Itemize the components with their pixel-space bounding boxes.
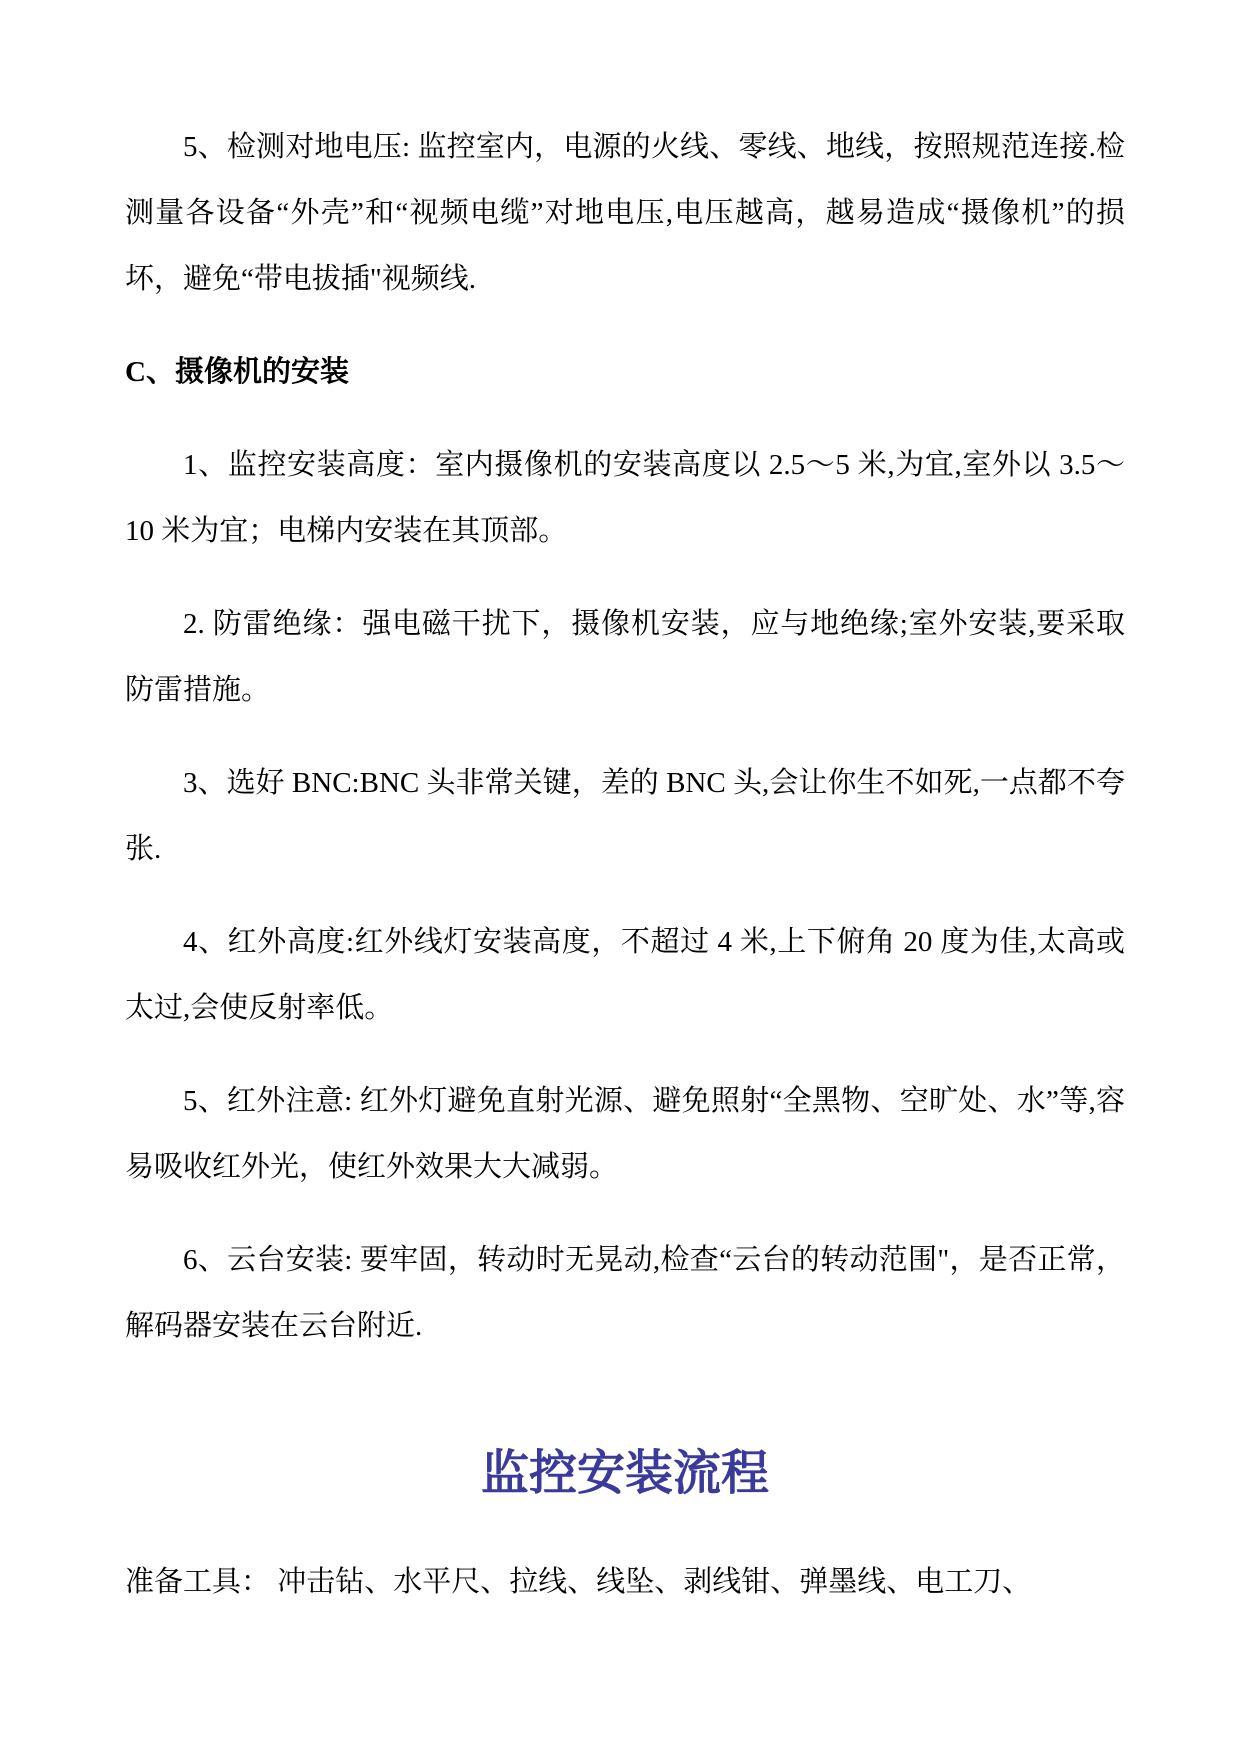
paragraph-infrared-notice: 5、红外注意: 红外灯避免直射光源、避免照射“全黑物、空旷处、水”等,容易吸收红…	[125, 1068, 1125, 1200]
paragraph-ground-voltage: 5、检测对地电压: 监控室内，电源的火线、零线、地线，按照规范连接.检测量各设备…	[125, 114, 1125, 312]
document-page: 5、检测对地电压: 监控室内，电源的火线、零线、地线，按照规范连接.检测量各设备…	[0, 0, 1241, 1754]
install-process-heading: 监控安装流程	[125, 1439, 1125, 1509]
section-heading-camera-install: C、摄像机的安装	[125, 339, 1125, 405]
paragraph-install-height: 1、监控安装高度：室内摄像机的安装高度以 2.5～5 米,为宜,室外以 3.5～…	[125, 432, 1125, 564]
paragraph-bnc-connector: 3、选好 BNC:BNC 头非常关键，差的 BNC 头,会让你生不如死,一点都不…	[125, 750, 1125, 882]
paragraph-prepare-tools: 准备工具： 冲击钻、水平尺、拉线、线坠、剥线钳、弹墨线、电工刀、	[125, 1549, 1125, 1615]
paragraph-lightning-insulation: 2. 防雷绝缘：强电磁干扰下，摄像机安装，应与地绝缘;室外安装,要采取防雷措施。	[125, 591, 1125, 723]
paragraph-infrared-height: 4、红外高度:红外线灯安装高度，不超过 4 米,上下俯角 20 度为佳,太高或太…	[125, 909, 1125, 1041]
paragraph-ptz-install: 6、云台安装: 要牢固，转动时无晃动,检查“云台的转动范围"，是否正常，解码器安…	[125, 1227, 1125, 1359]
